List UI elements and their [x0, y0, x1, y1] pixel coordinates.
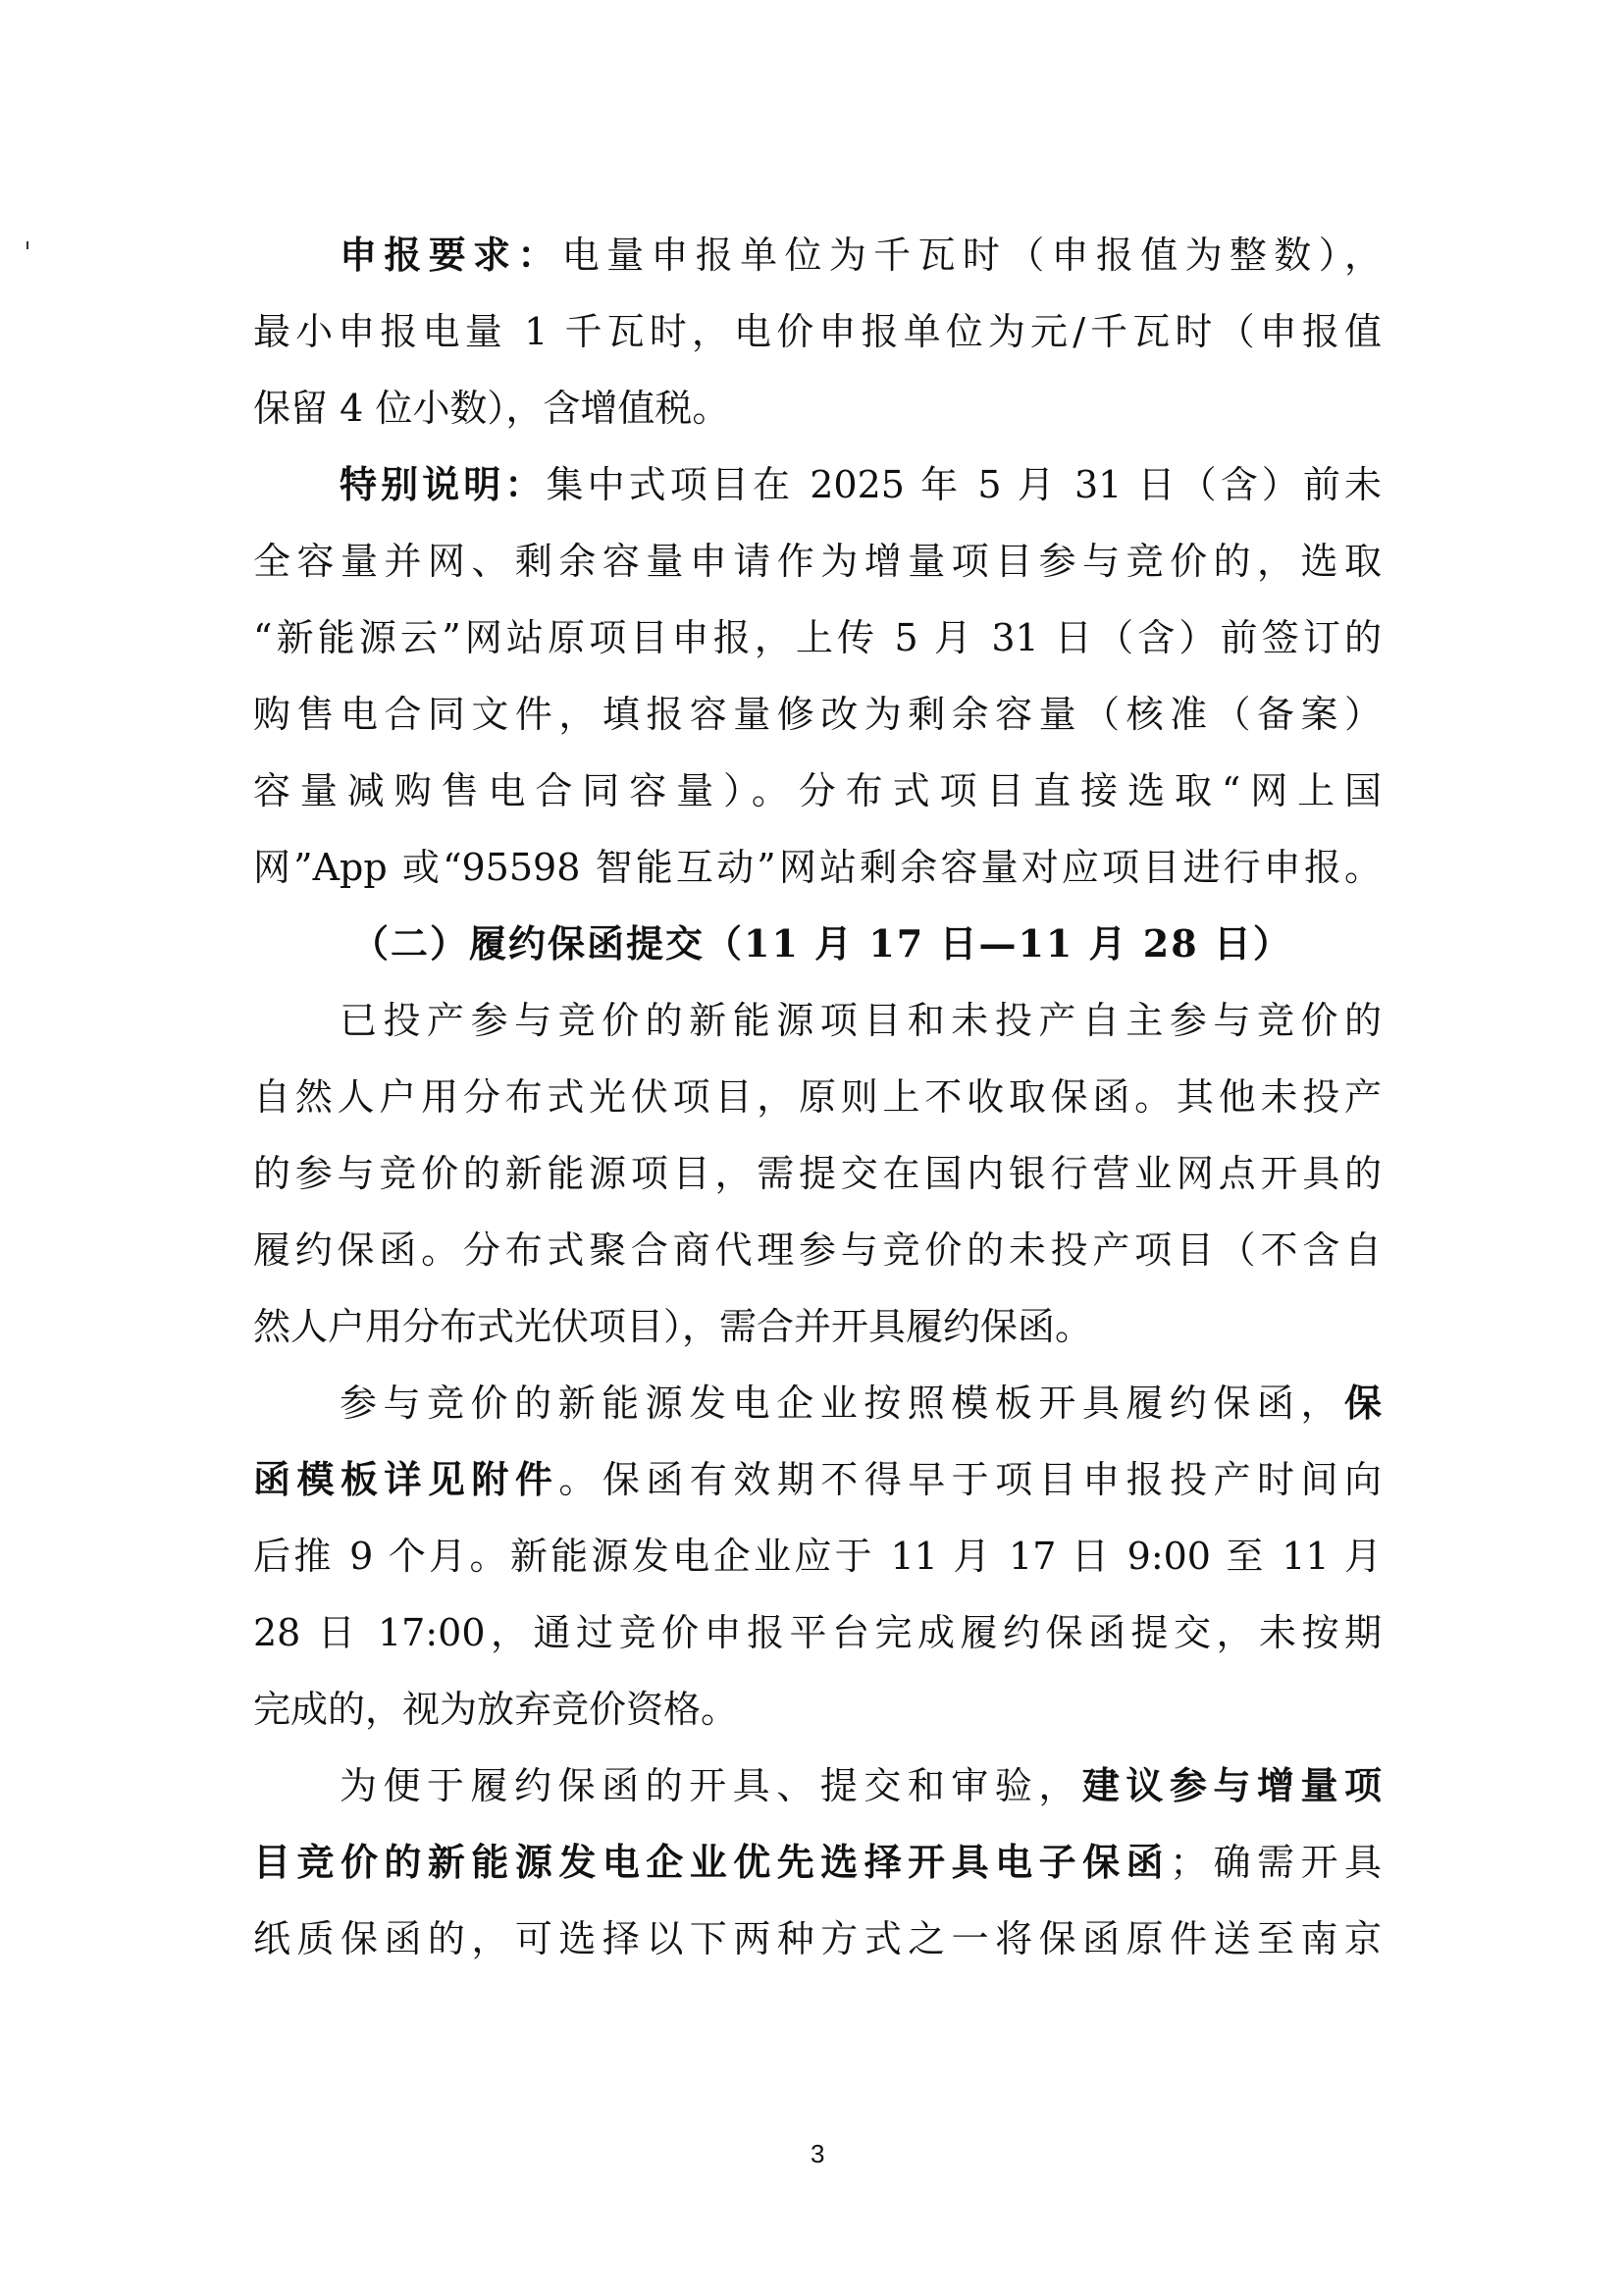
- paragraph-line: 然人户用分布式光伏项目），需合并开具履约保函。: [253, 1288, 1382, 1365]
- section-heading: （二）履约保函提交（11 月 17 日—11 月 28 日）: [253, 906, 1382, 982]
- paragraph-line: 纸质保函的，可选择以下两种方式之一将保函原件送至南京: [253, 1901, 1382, 1977]
- line-text: 后推 9 个月。新能源发电企业应于 11 月 17 日 9:00 至 11 月: [253, 1535, 1382, 1578]
- bold-emphasis: 函模板详见附件: [253, 1458, 558, 1501]
- line-text: 参与竞价的新能源发电企业按照模板开具履约保函，: [340, 1382, 1344, 1425]
- line-text: 28 日 17:00，通过竞价申报平台完成履约保函提交，未按期: [253, 1611, 1382, 1654]
- line-text: 最小申报电量 1 千瓦时，电价申报单位为元/千瓦时（申报值: [253, 310, 1382, 353]
- paragraph-line: 后推 9 个月。新能源发电企业应于 11 月 17 日 9:00 至 11 月: [253, 1518, 1382, 1594]
- line-text: 容量减购售电合同容量）。分布式项目直接选取“网上国: [253, 769, 1382, 812]
- bold-emphasis: 目竞价的新能源发电企业优先选择开具电子保函: [253, 1841, 1170, 1884]
- line-text: 全容量并网、剩余容量申请作为增量项目参与竞价的，选取: [253, 540, 1382, 583]
- line-text: ；确需开具: [1170, 1841, 1382, 1884]
- line-text: 集中式项目在 2025 年 5 月 31 日（含）前未: [546, 463, 1382, 506]
- paragraph-line: 的参与竞价的新能源项目，需提交在国内银行营业网点开具的: [253, 1135, 1382, 1212]
- line-text: “新能源云”网站原项目申报，上传 5 月 31 日（含）前签订的: [253, 616, 1382, 659]
- scan-artifact: [26, 241, 28, 249]
- paragraph-line: 完成的，视为放弃竞价资格。: [253, 1671, 1382, 1748]
- line-text: 保留 4 位小数），含增值税。: [253, 387, 729, 430]
- paragraph-line: 为便于履约保函的开具、提交和审验，建议参与增量项: [253, 1748, 1382, 1824]
- paragraph-line: 目竞价的新能源发电企业优先选择开具电子保函；确需开具: [253, 1824, 1382, 1901]
- line-text: 购售电合同文件，填报容量修改为剩余容量（核准（备案）: [253, 693, 1382, 736]
- line-text: 已投产参与竞价的新能源项目和未投产自主参与竞价的: [340, 999, 1382, 1042]
- paragraph-line: 履约保函。分布式聚合商代理参与竞价的未投产项目（不含自: [253, 1212, 1382, 1288]
- paragraph-line: 已投产参与竞价的新能源项目和未投产自主参与竞价的: [253, 982, 1382, 1059]
- line-text: 。保函有效期不得早于项目申报投产时间向: [558, 1458, 1382, 1501]
- line-text: 纸质保函的，可选择以下两种方式之一将保函原件送至南京: [253, 1917, 1382, 1960]
- bold-label: 特别说明：: [340, 463, 546, 506]
- line-text: 自然人户用分布式光伏项目，原则上不收取保函。其他未投产: [253, 1075, 1382, 1119]
- bold-emphasis: 建议参与增量项: [1082, 1764, 1382, 1807]
- paragraph-line: 申报要求：电量申报单位为千瓦时（申报值为整数），: [253, 217, 1382, 293]
- paragraph-line: 购售电合同文件，填报容量修改为剩余容量（核准（备案）: [253, 676, 1382, 753]
- paragraph-line: 28 日 17:00，通过竞价申报平台完成履约保函提交，未按期: [253, 1594, 1382, 1671]
- line-text: 完成的，视为放弃竞价资格。: [253, 1688, 738, 1731]
- line-text: 的参与竞价的新能源项目，需提交在国内银行营业网点开具的: [253, 1152, 1382, 1195]
- paragraph-line: 容量减购售电合同容量）。分布式项目直接选取“网上国: [253, 753, 1382, 829]
- line-text: 履约保函。分布式聚合商代理参与竞价的未投产项目（不含自: [253, 1228, 1382, 1272]
- document-body: 申报要求：电量申报单位为千瓦时（申报值为整数）， 最小申报电量 1 千瓦时，电价…: [253, 217, 1382, 1977]
- paragraph-line: 最小申报电量 1 千瓦时，电价申报单位为元/千瓦时（申报值: [253, 293, 1382, 370]
- bold-emphasis: 保: [1344, 1382, 1382, 1425]
- paragraph-line: 特别说明：集中式项目在 2025 年 5 月 31 日（含）前未: [253, 446, 1382, 523]
- paragraph-line: 自然人户用分布式光伏项目，原则上不收取保函。其他未投产: [253, 1059, 1382, 1135]
- paragraph-line: 函模板详见附件。保函有效期不得早于项目申报投产时间向: [253, 1441, 1382, 1518]
- paragraph-line: 参与竞价的新能源发电企业按照模板开具履约保函，保: [253, 1365, 1382, 1441]
- bold-label: 申报要求：: [340, 234, 562, 277]
- line-text: 然人户用分布式光伏项目），需合并开具履约保函。: [253, 1305, 1092, 1348]
- document-page: 申报要求：电量申报单位为千瓦时（申报值为整数）， 最小申报电量 1 千瓦时，电价…: [0, 0, 1623, 2296]
- paragraph-line: 保留 4 位小数），含增值税。: [253, 370, 1382, 446]
- line-text: 为便于履约保函的开具、提交和审验，: [340, 1764, 1082, 1807]
- page-number: 3: [811, 2139, 824, 2169]
- paragraph-line: 全容量并网、剩余容量申请作为增量项目参与竞价的，选取: [253, 523, 1382, 600]
- line-text: 电量申报单位为千瓦时（申报值为整数），: [562, 234, 1382, 277]
- paragraph-line: “新能源云”网站原项目申报，上传 5 月 31 日（含）前签订的: [253, 600, 1382, 676]
- paragraph-line: 网”App 或“95598 智能互动”网站剩余容量对应项目进行申报。: [253, 829, 1382, 906]
- line-text: 网”App 或“95598 智能互动”网站剩余容量对应项目进行申报。: [253, 846, 1382, 889]
